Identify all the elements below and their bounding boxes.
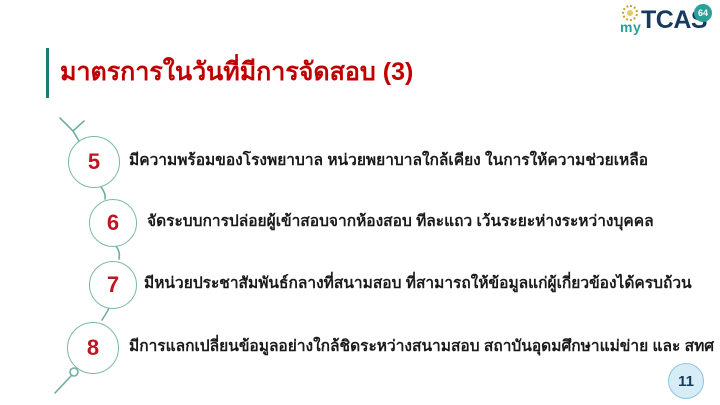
- item-number-circle: 7: [89, 261, 137, 309]
- connector-bottom-loop: [70, 368, 78, 376]
- item-text: จัดระบบการปล่อยผู้เข้าสอบจากห้องสอบ ทีละ…: [147, 210, 654, 234]
- item-number: 7: [107, 272, 119, 298]
- logo-my-text: my: [620, 19, 641, 35]
- item-number: 5: [88, 149, 100, 175]
- item-number-circle: 8: [67, 322, 119, 374]
- page-title: มาตรการในวันที่มีการจัดสอบ (3): [60, 50, 413, 95]
- item-number: 6: [107, 210, 119, 236]
- connector-top-branch: [73, 121, 84, 131]
- item-text: มีการแลกเปลี่ยนข้อมูลอย่างใกล้ชิดระหว่าง…: [129, 335, 714, 359]
- logo-year-badge: 64: [694, 4, 712, 22]
- connector-6-7: [116, 246, 119, 259]
- item-number-circle: 5: [68, 136, 120, 188]
- slide: my TCAS 64 มาตรการในวันที่มีการจัดสอบ (3…: [0, 0, 720, 405]
- title-accent-bar: [46, 48, 49, 98]
- item-number: 8: [87, 335, 99, 361]
- item-number-circle: 6: [89, 199, 137, 247]
- connector-bottom-line: [55, 376, 71, 393]
- tcas-logo: my TCAS 64: [615, 2, 715, 42]
- page-number-badge: 11: [668, 363, 704, 399]
- connector-5-6: [101, 187, 105, 199]
- item-text: มีหน่วยประชาสัมพันธ์กลางที่สนามสอบ ที่สา…: [144, 272, 692, 296]
- item-text: มีความพร้อมของโรงพยาบาล หน่วยพยาบาลใกล้เ…: [129, 149, 648, 173]
- connector-top-line: [60, 118, 79, 141]
- page-number: 11: [678, 373, 694, 390]
